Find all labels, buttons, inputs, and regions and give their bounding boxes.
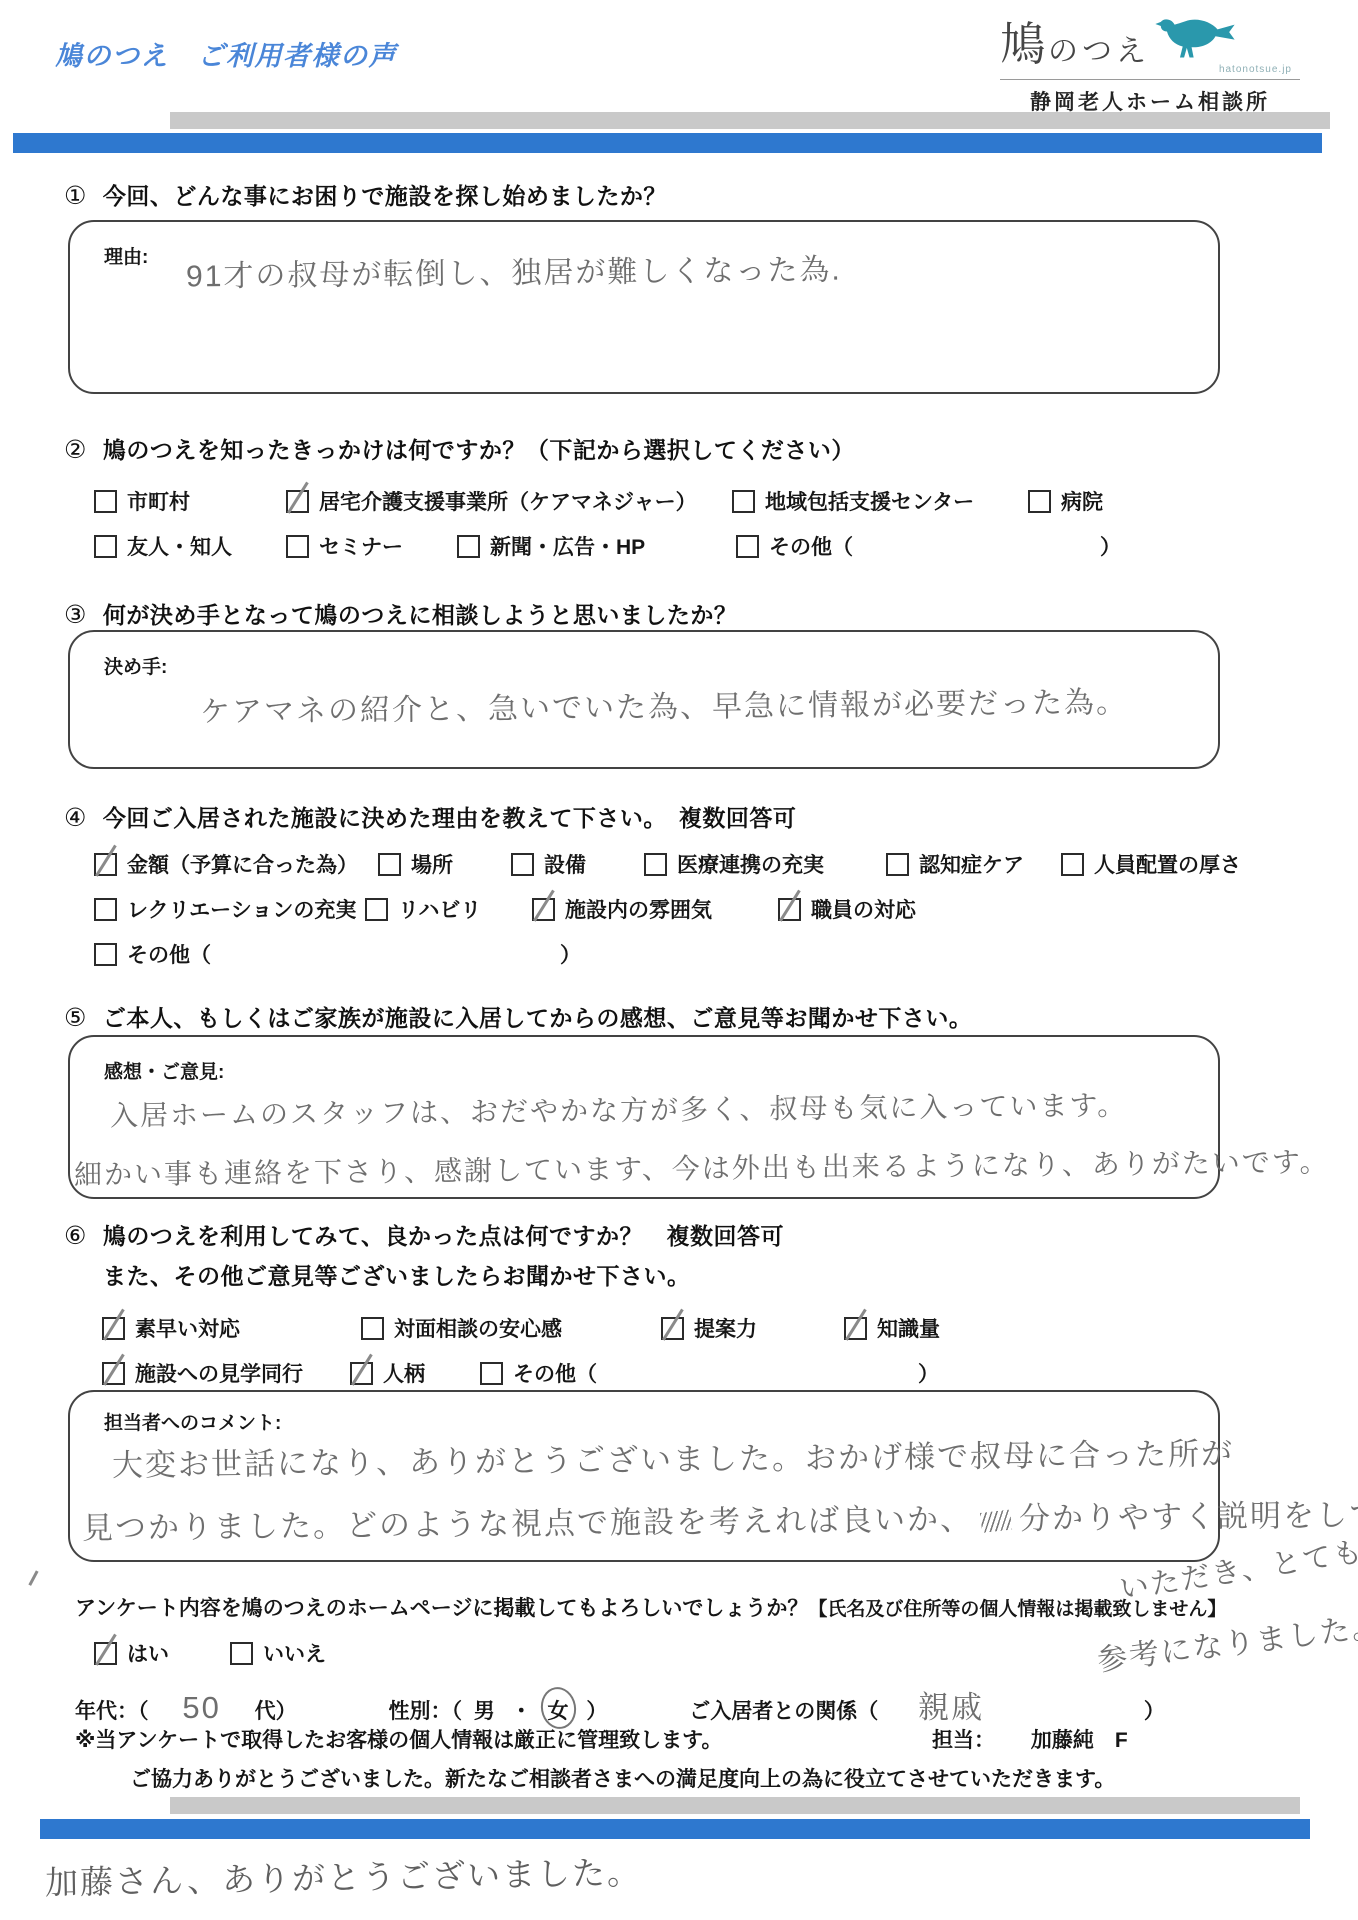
option-label: リハビリ xyxy=(398,899,481,922)
option-other-close-paren: ） xyxy=(1100,531,1121,561)
comment-box: 担当者へのコメント: 大変お世話になり、ありがとうございました。おかげ様で叔母に… xyxy=(68,1390,1220,1562)
checkbox[interactable] xyxy=(778,898,801,921)
checkbox[interactable] xyxy=(532,898,555,921)
checkbox[interactable] xyxy=(94,898,117,921)
q6-heading-text: 鳩のつえを利用してみて、良かった点は何ですか？ 複数回答可 xyxy=(103,1223,784,1249)
divider-bar-gray-bottom xyxy=(170,1797,1300,1814)
checkbox[interactable] xyxy=(732,490,755,513)
option-label: 認知症ケア xyxy=(919,854,1024,877)
option-facilities: 設備 xyxy=(511,849,586,879)
option-label: 地域包括支援センター xyxy=(765,491,974,514)
q2-options-row-2: 友人・知人 セミナー 新聞・広告・HP その他（ ） xyxy=(0,531,1358,567)
option-label: 市町村 xyxy=(127,491,190,514)
checkbox[interactable] xyxy=(1061,853,1084,876)
checkbox[interactable] xyxy=(230,1642,253,1665)
q6-heading: ⑥鳩のつえを利用してみて、良かった点は何ですか？ 複数回答可 xyxy=(64,1218,784,1251)
brand-logo: 鳩 のつえ hatonotsue.jp 静岡老人ホーム相談所 xyxy=(1000,8,1300,122)
option-atmosphere: 施設内の雰囲気 xyxy=(532,894,712,924)
q6-number: ⑥ xyxy=(64,1222,87,1250)
gender-separator: ・ xyxy=(511,1700,532,1723)
option-knowledge: 知識量 xyxy=(844,1313,940,1343)
q5-box-label: 感想・ご意見: xyxy=(104,1057,224,1084)
q6-heading-line2: また、その他ご意見等ございましたらお聞かせ下さい。 xyxy=(103,1258,691,1291)
checkbox[interactable] xyxy=(286,535,309,558)
option-label: 知識量 xyxy=(877,1318,940,1341)
q3-heading: ③何が決め手となって鳩のつえに相談しようと思いましたか？ xyxy=(64,597,737,630)
comment-box-label: 担当者へのコメント: xyxy=(104,1408,281,1435)
option-label: 施設内の雰囲気 xyxy=(565,899,712,922)
relation-label: ご入居者との関係（ xyxy=(689,1700,878,1723)
checkbox[interactable] xyxy=(361,1317,384,1340)
handwritten-footer-note: 加藤さん、ありがとうございました。 xyxy=(45,1847,643,1904)
q3-handwritten-answer: ケアマネの紹介と、急いでいた為、早急に情報が必要だった為。 xyxy=(200,677,1128,731)
option-label: 対面相談の安心感 xyxy=(394,1318,562,1341)
checkbox[interactable] xyxy=(736,535,759,558)
checkbox[interactable] xyxy=(94,1642,117,1665)
q4-options-row-1: 金額（予算に合った為） 場所 設備 医療連携の充実 認知症ケア 人員配置の厚さ xyxy=(0,849,1358,885)
option-label: 人柄 xyxy=(383,1363,425,1386)
publish-question: アンケート内容を鳩のつえのホームページに掲載してもよろしいでしょうか？【氏名及び… xyxy=(75,1592,1226,1622)
option-other: その他（ xyxy=(94,939,211,969)
q4-heading-text: 今回ご入居された施設に決めた理由を教えて下さい。 複数回答可 xyxy=(103,805,797,831)
comment-line2-part2: 分かりやすく説明をして xyxy=(1019,1497,1358,1536)
q5-number: ⑤ xyxy=(64,1004,87,1032)
checkbox[interactable] xyxy=(378,853,401,876)
option-label: セミナー xyxy=(319,536,403,559)
option-tour-accompaniment: 施設への見学同行 xyxy=(102,1358,303,1388)
option-proposal-ability: 提案力 xyxy=(661,1313,757,1343)
option-label: その他（ xyxy=(769,536,853,559)
q3-answer-box: 決め手: ケアマネの紹介と、急いでいた為、早急に情報が必要だった為。 xyxy=(68,630,1220,769)
option-hospital: 病院 xyxy=(1028,486,1103,516)
publish-question-text: アンケート内容を鳩のつえのホームページに掲載してもよろしいでしょうか？ xyxy=(75,1597,808,1620)
checkbox[interactable] xyxy=(1028,490,1051,513)
option-staffing: 人員配置の厚さ xyxy=(1061,849,1241,879)
checkbox[interactable] xyxy=(480,1362,503,1385)
q4-heading: ④今回ご入居された施設に決めた理由を教えて下さい。 複数回答可 xyxy=(64,800,796,833)
checkbox[interactable] xyxy=(661,1317,684,1340)
option-quick-response: 素早い対応 xyxy=(102,1313,240,1343)
q4-number: ④ xyxy=(64,804,87,832)
relation-handwritten-value: 親戚 xyxy=(918,1690,984,1725)
age-label: 年代：（ xyxy=(75,1700,149,1723)
staff-assignment: 担当： 加藤純 F xyxy=(932,1724,1128,1754)
option-label: 設備 xyxy=(544,854,586,877)
publish-answer-row: はい いいえ xyxy=(0,1638,1358,1674)
option-label: 素早い対応 xyxy=(135,1318,240,1341)
divider-bar-gray-top xyxy=(170,112,1330,129)
option-other-close-paren: ） xyxy=(560,939,581,969)
option-community-center: 地域包括支援センター xyxy=(732,486,974,516)
q4-options-row-3: その他（ ） xyxy=(0,939,1358,975)
option-label: レクリエーションの充実 xyxy=(127,899,356,922)
q5-handwritten-line2: 細かい事も連絡を下さり、感謝しています、今は外出も出来るようになり、ありがたいで… xyxy=(74,1140,1330,1193)
checkbox[interactable] xyxy=(94,943,117,966)
option-label: 新聞・広告・HP xyxy=(490,536,645,559)
closing-note: ご協力ありがとうございました。新たなご相談者さまへの満足度向上の為に役立てさせて… xyxy=(130,1763,1115,1793)
option-label: はい xyxy=(127,1643,169,1666)
q4-options-row-2: レクリエーションの充実 リハビリ 施設内の雰囲気 職員の対応 xyxy=(0,894,1358,930)
option-label: 職員の対応 xyxy=(811,899,916,922)
checkbox[interactable] xyxy=(94,490,117,513)
option-yes: はい xyxy=(94,1638,169,1668)
checkbox[interactable] xyxy=(844,1317,867,1340)
option-label: 金額（予算に合った為） xyxy=(127,854,358,877)
q3-number: ③ xyxy=(64,601,87,629)
divider-bar-blue-bottom xyxy=(40,1819,1310,1839)
age-handwritten-value: 50 xyxy=(182,1690,220,1725)
option-medical-cooperation: 医療連携の充実 xyxy=(644,849,824,879)
publish-privacy-note: 【氏名及び住所等の個人情報は掲載致しません】 xyxy=(808,1599,1226,1620)
q1-number: ① xyxy=(64,182,87,210)
gender-close-paren: ） xyxy=(586,1700,607,1723)
option-label: 場所 xyxy=(411,854,453,877)
q1-box-label: 理由: xyxy=(104,242,148,269)
q6-options-row-1: 素早い対応 対面相談の安心感 提案力 知識量 xyxy=(0,1313,1358,1349)
comment-line2-part1: 見つかりました。どのような視点で施設を考えれば良いか、 xyxy=(82,1501,973,1545)
staff-name: 加藤純 F xyxy=(1031,1729,1128,1752)
pigeon-icon xyxy=(1154,15,1236,68)
q1-handwritten-answer: 91才の叔母が転倒し、独居が難しくなった為. xyxy=(186,245,842,296)
checkbox[interactable] xyxy=(886,853,909,876)
option-price: 金額（予算に合った為） xyxy=(94,849,358,879)
checkbox[interactable] xyxy=(511,853,534,876)
option-location: 場所 xyxy=(378,849,453,879)
q6-options-row-2: 施設への見学同行 人柄 その他（ ） xyxy=(0,1358,1358,1394)
checkbox[interactable] xyxy=(94,535,117,558)
gender-label: 性別：（ xyxy=(389,1700,463,1723)
survey-page: 鳩のつえ ご利用者様の声 鳩 のつえ hatonotsue.jp 静岡老人ホーム… xyxy=(0,0,1358,1920)
q2-heading-text: 鳩のつえを知ったきっかけは何ですか？（下記から選択してください） xyxy=(103,437,855,463)
checkbox[interactable] xyxy=(102,1362,125,1385)
q1-heading: ①今回、どんな事にお困りで施設を探し始めましたか？ xyxy=(64,178,667,211)
q2-number: ② xyxy=(64,436,87,464)
q2-options-row-1: 市町村 居宅介護支援事業所（ケアマネジャー） 地域包括支援センター 病院 xyxy=(0,486,1358,522)
age-suffix: 代） xyxy=(255,1700,297,1723)
gender-female-circled: 女 xyxy=(548,1695,569,1725)
option-label: 人員配置の厚さ xyxy=(1094,854,1241,877)
q5-handwritten-line1: 入居ホームのスタッフは、おだやかな方が多く、叔母も気に入っています。 xyxy=(110,1084,1128,1135)
page-title: 鳩のつえ ご利用者様の声 xyxy=(55,34,397,73)
privacy-note: ※当アンケートで取得したお客様の個人情報は厳正に管理致します。 xyxy=(75,1724,722,1754)
option-dementia-care: 認知症ケア xyxy=(886,849,1024,879)
q3-heading-text: 何が決め手となって鳩のつえに相談しようと思いましたか？ xyxy=(103,602,738,628)
option-municipality: 市町村 xyxy=(94,486,190,516)
checkbox[interactable] xyxy=(457,535,480,558)
option-label: いいえ xyxy=(263,1643,326,1666)
q2-heading: ②鳩のつえを知ったきっかけは何ですか？（下記から選択してください） xyxy=(64,432,855,465)
scribble-mark xyxy=(980,1509,1012,1532)
option-personality: 人柄 xyxy=(350,1358,425,1388)
relation-close-paren: ） xyxy=(1144,1700,1165,1723)
option-label: 医療連携の充実 xyxy=(677,854,824,877)
option-label: 居宅介護支援事業所（ケアマネジャー） xyxy=(319,491,697,514)
option-other: その他（ xyxy=(736,531,853,561)
brand-text-main: 鳩 xyxy=(1000,8,1048,74)
option-label: その他（ xyxy=(127,944,211,967)
option-face-to-face: 対面相談の安心感 xyxy=(361,1313,562,1343)
option-other-close-paren: ） xyxy=(918,1358,939,1388)
staff-label: 担当： xyxy=(932,1729,995,1752)
q1-heading-text: 今回、どんな事にお困りで施設を探し始めましたか？ xyxy=(103,183,667,209)
option-label: 施設への見学同行 xyxy=(135,1363,303,1386)
checkbox[interactable] xyxy=(350,1362,373,1385)
option-label: 提案力 xyxy=(694,1318,757,1341)
comment-handwritten-line2: 見つかりました。どのような視点で施設を考えれば良いか、分かりやすく説明をして xyxy=(82,1489,1358,1548)
brand-text-rest: のつえ xyxy=(1048,26,1150,74)
q3-box-label: 決め手: xyxy=(104,652,167,679)
option-newspaper-ad-hp: 新聞・広告・HP xyxy=(457,531,645,561)
checkbox[interactable] xyxy=(94,853,117,876)
checkbox[interactable] xyxy=(286,490,309,513)
option-label: 病院 xyxy=(1061,491,1103,514)
stray-pen-mark xyxy=(28,1570,38,1585)
checkbox[interactable] xyxy=(365,898,388,921)
option-rehabilitation: リハビリ xyxy=(365,894,481,924)
option-friend: 友人・知人 xyxy=(94,531,232,561)
q1-answer-box: 理由: 91才の叔母が転倒し、独居が難しくなった為. xyxy=(68,220,1220,394)
option-label: その他（ xyxy=(513,1363,597,1386)
option-label: 友人・知人 xyxy=(127,536,232,559)
option-staff-response: 職員の対応 xyxy=(778,894,916,924)
gender-male: 男 xyxy=(474,1700,495,1723)
option-no: いいえ xyxy=(230,1638,326,1668)
q5-answer-box: 感想・ご意見: 入居ホームのスタッフは、おだやかな方が多く、叔母も気に入っていま… xyxy=(68,1035,1220,1199)
option-other: その他（ xyxy=(480,1358,597,1388)
comment-handwritten-line1: 大変お世話になり、ありがとうございました。おかげ様で叔母に合った所が xyxy=(112,1428,1234,1485)
option-care-manager: 居宅介護支援事業所（ケアマネジャー） xyxy=(286,486,697,516)
checkbox[interactable] xyxy=(102,1317,125,1340)
q5-heading: ⑤ご本人、もしくはご家族が施設に入居してからの感想、ご意見等お聞かせ下さい。 xyxy=(64,1000,972,1033)
checkbox[interactable] xyxy=(644,853,667,876)
divider-bar-blue-top xyxy=(13,133,1322,153)
profile-row: 年代：（ 50 代） 性別：（ 男 ・ 女 ） ご入居者との関係（ 親戚 ） xyxy=(75,1682,1165,1727)
option-recreation: レクリエーションの充実 xyxy=(94,894,356,924)
q5-heading-text: ご本人、もしくはご家族が施設に入居してからの感想、ご意見等お聞かせ下さい。 xyxy=(103,1005,973,1031)
option-seminar: セミナー xyxy=(286,531,403,561)
